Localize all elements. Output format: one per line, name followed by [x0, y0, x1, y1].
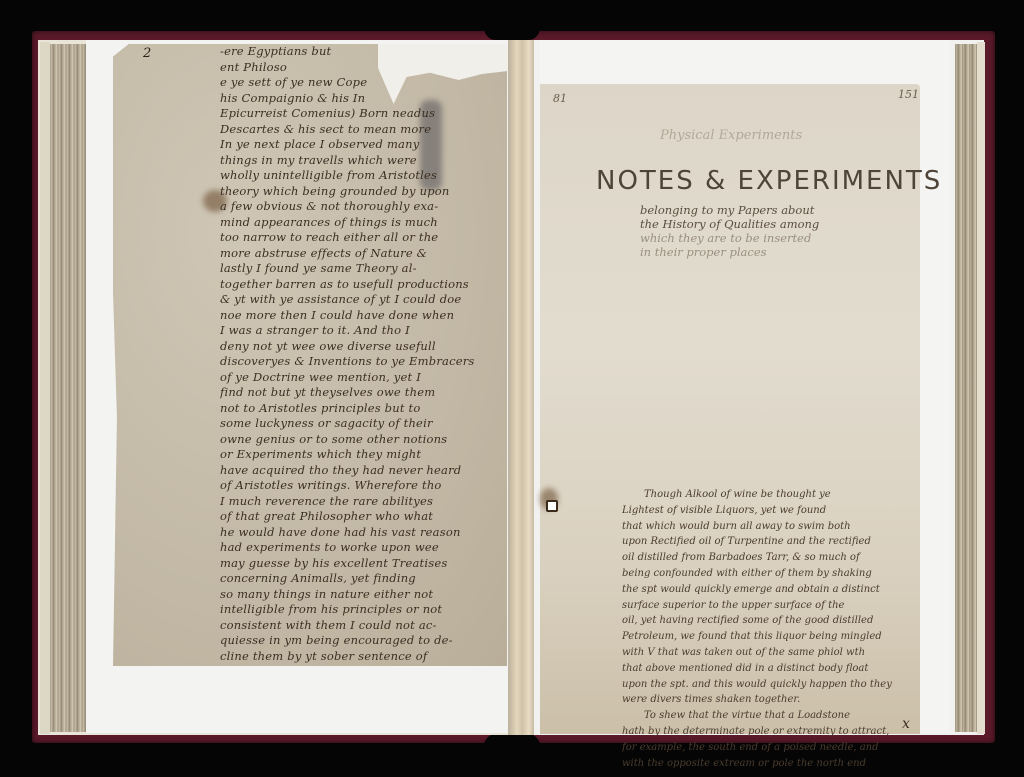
- text-line: hath by the determinate pole or extremit…: [622, 724, 922, 740]
- right-page-text: Though Alkool of wine be thought ye Ligh…: [622, 487, 922, 771]
- subtitle-line: the History of Qualities among: [640, 217, 819, 231]
- text-line: or Experiments which they might: [220, 447, 505, 463]
- text-line: Though Alkool of wine be thought ye: [622, 487, 922, 503]
- faded-heading: Physical Experiments: [660, 128, 802, 143]
- text-line: together barren as to usefull production…: [220, 277, 505, 293]
- text-line: owne genius or to some other notions: [220, 432, 505, 448]
- text-line: lastly I found ye same Theory al-: [220, 261, 505, 277]
- text-line: his Compaignio & his In: [220, 91, 505, 107]
- text-line: noe more then I could have done when: [220, 308, 505, 324]
- spine-notch-bottom: [484, 734, 540, 746]
- text-line: he would have done had his vast reason: [220, 525, 505, 541]
- text-line: mind appearances of things is much: [220, 215, 505, 231]
- subtitle: belonging to my Papers about the History…: [640, 203, 819, 259]
- text-line: To shew that the virtue that a Loadstone: [622, 708, 922, 724]
- text-line: were divers times shaken together.: [622, 692, 922, 708]
- text-line: of ye Doctrine wee mention, yet I: [220, 370, 505, 386]
- text-line: of that great Philosopher who what: [220, 509, 505, 525]
- text-line: ent Philoso: [220, 60, 505, 76]
- text-line: cline them by yt sober sentence of: [220, 649, 505, 665]
- text-line: Petroleum, we found that this liquor bei…: [622, 629, 922, 645]
- text-line: things in my travells which were: [220, 153, 505, 169]
- text-line: wholly unintelligible from Aristotles: [220, 168, 505, 184]
- text-line: consistent with them I could not ac-: [220, 618, 505, 634]
- text-line: being confounded with either of them by …: [622, 566, 922, 582]
- text-line: oil, yet having rectified some of the go…: [622, 613, 922, 629]
- right-folio-number-left: 81: [553, 92, 567, 105]
- right-folio-number: 151: [898, 88, 919, 101]
- spine-gutter: [508, 40, 534, 735]
- text-line: e ye sett of ye new Cope: [220, 75, 505, 91]
- text-line: a few obvious & not thoroughly exa-: [220, 199, 505, 215]
- wax-seal-fragment: [546, 500, 558, 512]
- left-page-stack-edge: [50, 44, 86, 732]
- text-line: may guesse by his excellent Treatises: [220, 556, 505, 572]
- spine-notch-top: [484, 28, 540, 40]
- text-line: & yt with ye assistance of yt I could do…: [220, 292, 505, 308]
- text-line: with V that was taken out of the same ph…: [622, 645, 922, 661]
- subtitle-line: which they are to be inserted: [640, 231, 819, 245]
- closing-mark: x: [902, 716, 910, 732]
- text-line: too narrow to reach either all or the: [220, 230, 505, 246]
- text-line: theory which being grounded by upon: [220, 184, 505, 200]
- text-line: upon the spt. and this would quickly hap…: [622, 677, 922, 693]
- subtitle-line: in their proper places: [640, 245, 819, 259]
- text-line: Epicurreist Comenius) Born neadus: [220, 106, 505, 122]
- text-line: -ere Egyptians but: [220, 44, 505, 60]
- text-line: quiesse in ym being encouraged to de-: [220, 633, 505, 649]
- text-line: that above mentioned did in a distinct b…: [622, 661, 922, 677]
- text-line: deny not yt wee owe diverse usefull: [220, 339, 505, 355]
- text-line: upon Rectified oil of Turpentine and the…: [622, 534, 922, 550]
- text-line: I was a stranger to it. And tho I: [220, 323, 505, 339]
- text-line: I much reverence the rare abilityes: [220, 494, 505, 510]
- text-line: that which would burn all away to swim b…: [622, 519, 922, 535]
- text-line: have acquired tho they had never heard: [220, 463, 505, 479]
- left-fore-edge-liner: [40, 42, 50, 734]
- subtitle-line: belonging to my Papers about: [640, 203, 819, 217]
- text-line: of Aristotles writings. Wherefore tho: [220, 478, 505, 494]
- text-line: the spt would quickly emerge and obtain …: [622, 582, 922, 598]
- text-line: for example, the south end of a poised n…: [622, 740, 922, 756]
- text-line: some luckyness or sagacity of their: [220, 416, 505, 432]
- text-line: In ye next place I observed many: [220, 137, 505, 153]
- page-title: NOTES & EXPERIMENTS: [596, 166, 942, 196]
- text-line: surface superior to the upper surface of…: [622, 598, 922, 614]
- text-line: find not but yt theyselves owe them: [220, 385, 505, 401]
- left-folio-number: 2: [143, 46, 151, 61]
- text-line: so many things in nature either not: [220, 587, 505, 603]
- right-fore-edge-liner: [977, 42, 985, 734]
- text-line: concerning Animalls, yet finding: [220, 571, 505, 587]
- text-line: more abstruse effects of Nature &: [220, 246, 505, 262]
- text-line: discoveryes & Inventions to ye Embracers: [220, 354, 505, 370]
- text-line: had experiments to worke upon wee: [220, 540, 505, 556]
- left-page-text: -ere Egyptians butent Philosoe ye sett o…: [220, 44, 505, 664]
- text-line: Descartes & his sect to mean more: [220, 122, 505, 138]
- text-line: Lightest of visible Liquors, yet we foun…: [622, 503, 922, 519]
- text-line: oil distilled from Barbadoes Tarr, & so …: [622, 550, 922, 566]
- text-line: intelligible from his principles or not: [220, 602, 505, 618]
- text-line: with the opposite extream or pole the no…: [622, 756, 922, 772]
- right-page-stack-edge: [955, 44, 977, 732]
- text-line: not to Aristotles principles but to: [220, 401, 505, 417]
